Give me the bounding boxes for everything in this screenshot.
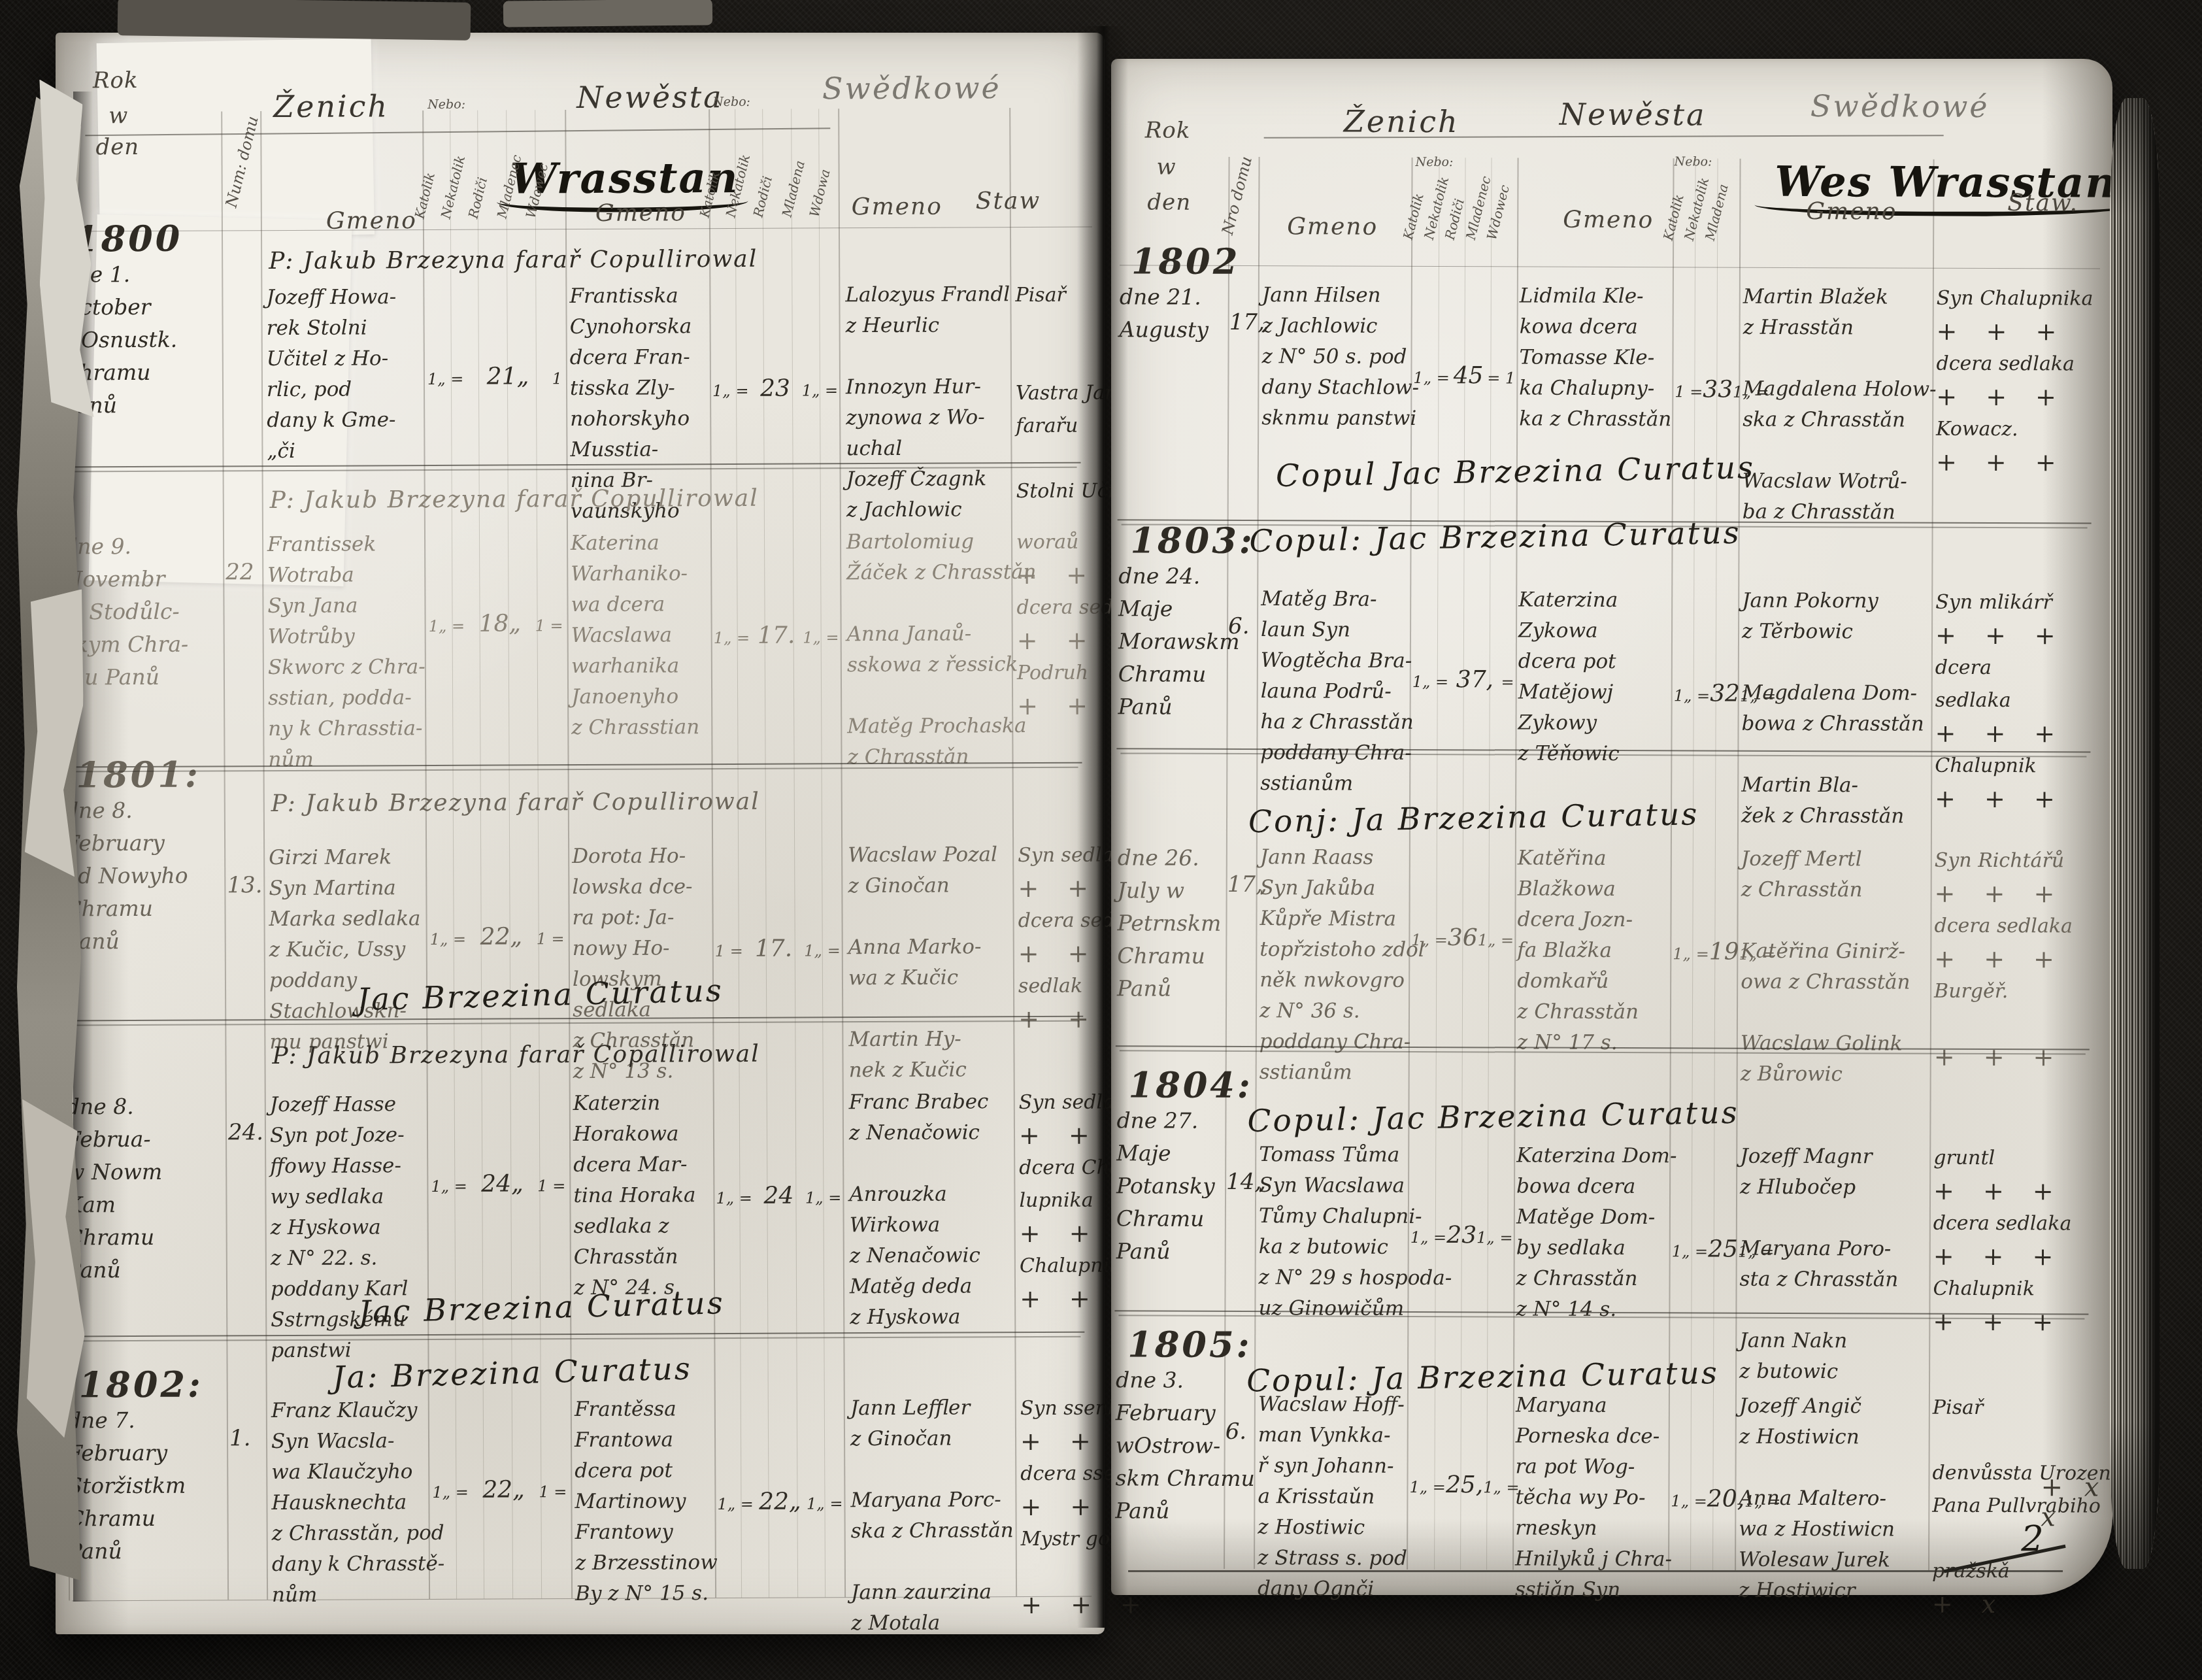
groom-age: 1„ =24„1 =: [431, 1170, 565, 1198]
paper-debris: [118, 0, 471, 41]
witnesses-line: Jann Leffler: [850, 1392, 1014, 1424]
groom-name-line: nům: [272, 1579, 427, 1611]
bride-name-line: sedlaka z: [574, 1211, 711, 1242]
bride-name-line: ka Chalupny-: [1519, 373, 1671, 405]
house-number: 22: [225, 559, 254, 585]
groom-name-line: launa Podrů-: [1261, 676, 1410, 707]
status-line: Kowacz.: [1936, 413, 2107, 446]
register-entry: 1802:Ja: Brzezina Curatusdne 7.FebruaryS…: [58, 1336, 1108, 1599]
witnesses: Martin Blažekz Hrasstǎn Magdalena Holow-…: [1743, 282, 1931, 528]
witnesses-line: owa z Chrasstǎn: [1741, 967, 1929, 998]
groom-name: Wacslaw Hoff-man Vynkka-ř syn Johann-a K…: [1258, 1389, 1407, 1605]
wedding-date-line: Panů: [1116, 1235, 1224, 1268]
priest-line: P: Jakub Brzezyna farař Copullirowal: [269, 246, 778, 275]
bride-age: 1„ =241„ =: [716, 1182, 841, 1209]
bride-name-line: Zykowy: [1518, 707, 1669, 739]
groom-name-line: Frantissek: [267, 529, 423, 560]
priest-signature: Copul: Jac Brzezina Curatus: [1247, 1095, 1739, 1139]
register-entry: 1801:P: Jakub Brzezyna farař Copullirowa…: [56, 767, 1106, 1025]
groom-age-ticks: 1„ =: [431, 1177, 467, 1196]
status-line: + + +: [1933, 1175, 2105, 1208]
bride-name-line: Maryana: [1516, 1390, 1667, 1421]
wedding-date-line: dne 3.: [1116, 1364, 1223, 1397]
witnesses-line: Wacslaw Wotrů-: [1743, 466, 1931, 497]
wedding-date: dne 26.July wPetrnskmChramuPanů: [1117, 841, 1225, 1005]
groom-name-line: Kůpře Mistra: [1259, 903, 1409, 935]
groom-age: 1„ =25,1„ =: [1409, 1471, 1511, 1499]
wedding-date-line: Chramu: [1117, 939, 1224, 973]
bride-name-line: tina Horaka: [573, 1180, 710, 1211]
bride-age: 1„ =20,1„ =: [1671, 1485, 1733, 1512]
bride-name-line: dcera pot: [1518, 646, 1670, 677]
groom-age-value: 37,: [1456, 666, 1493, 693]
groom-name: Franz KlaučzySyn Wacsla-wa KlaučzyhoHaus…: [271, 1395, 427, 1611]
status-line: pražskǎ: [1932, 1555, 2103, 1588]
bride-name-line: Martinowy: [575, 1486, 712, 1517]
bride-name-line: Katěřina: [1518, 843, 1669, 874]
groom-age-ticks: 1„ =: [432, 1483, 469, 1502]
bride-name-line: Janoenyho: [571, 681, 709, 713]
witnesses-line: z Ginočan: [848, 870, 1011, 901]
groom-age: 1„ =37,=: [1412, 666, 1514, 694]
bride-name-line: z Chrasstǎn: [1516, 1263, 1668, 1294]
bride-name-line: dcera Fran-: [570, 342, 707, 373]
wedding-date: dne 24.MajeMorawskmChramuPanů: [1118, 560, 1226, 724]
witnesses-line: zynowa z Wo-: [846, 402, 1009, 433]
house-number: 6.: [1226, 1419, 1247, 1445]
witnesses: Jozeff Angičz Hostiwicn Anna Maltero-wa …: [1739, 1391, 1927, 1607]
groom-age-value: 21„: [487, 363, 529, 390]
bride-age: 1„ =17.1„ =: [714, 622, 839, 649]
witnesses-line: Wirkowa: [850, 1209, 1013, 1241]
groom-age-ticks: 1„ =: [429, 617, 465, 635]
status-line: Syn Richtářů: [1935, 845, 2106, 878]
groom-age-ticks: = 1: [1487, 369, 1515, 387]
groom-name-line: Tomass Tůma: [1259, 1139, 1408, 1171]
groom-name-line: Franz Klaučzy: [271, 1395, 427, 1426]
groom-name: Jann Hilsenz Jachlowicz N° 50 s. poddany…: [1261, 280, 1411, 434]
bride-name-line: bowa dcera: [1516, 1171, 1668, 1202]
groom-name-line: Syn Martina: [269, 873, 424, 904]
groom-name-line: z Hostiwic: [1258, 1512, 1407, 1543]
groom-name-line: Wacslaw Hoff-: [1258, 1389, 1407, 1420]
witnesses-line: [846, 588, 1010, 619]
priest-signature: Copul: Jac Brzezina Curatus: [1249, 515, 1741, 560]
status-line: + + +: [1936, 380, 2107, 414]
witnesses-line: wa z Kučic: [848, 962, 1012, 994]
witnesses-line: Jann zaurzina: [851, 1577, 1014, 1608]
wedding-date-line: Chramu: [1118, 658, 1226, 691]
wedding-date: dne 27.MajePotanskyChramuPanů: [1116, 1104, 1224, 1268]
status-line: Chalupnik: [1933, 1273, 2104, 1306]
status-line: [1934, 1008, 2105, 1041]
year-label: 1804:: [1129, 1064, 1253, 1106]
witnesses-line: [1743, 435, 1931, 467]
bride-age: 1 =17.1„ =: [715, 935, 841, 962]
bride-name-line: Tomasse Kle-: [1519, 343, 1671, 374]
groom-name-line: Jozeff Hasse: [270, 1089, 425, 1120]
groom-age-value: 25,: [1446, 1471, 1483, 1498]
witnesses-line: [848, 901, 1011, 932]
year-label: 1802: [1131, 240, 1241, 282]
groom-name-line: z Hyskowa: [271, 1212, 426, 1243]
bride-name-line: Katerzina Dom-: [1516, 1140, 1668, 1171]
bride-age-ticks: 1„ =: [803, 628, 839, 647]
groom-name: FrantissekWotrabaSyn JanaWotrůbySkworc z…: [267, 529, 424, 775]
groom-age-ticks: 1„ =: [430, 930, 467, 949]
wedding-date: dne 3.FebruarywOstrow-skm ChramuPanů: [1115, 1364, 1223, 1528]
groom-name-line: Syn Jakůba: [1260, 873, 1409, 904]
groom-name-line: něk nwkovgro: [1259, 965, 1409, 996]
groom-age-ticks: 1„ =: [1410, 1228, 1447, 1247]
bride-name-line: Frantowa: [575, 1424, 712, 1456]
bride-name-line: domkařů: [1517, 966, 1669, 997]
bride-age: 1„ =251„ =: [1672, 1235, 1735, 1262]
bride-age: 1„ =321„ =: [1674, 680, 1737, 707]
groom-name-line: Syn Wacslawa: [1259, 1170, 1408, 1201]
wedding-date-line: Chramu: [1116, 1202, 1224, 1235]
groom-name-line: z N° 29 s hospoda-: [1259, 1262, 1408, 1294]
priest-line: P: Jakub Brzezyna farař Copullirowal: [270, 485, 780, 514]
groom-name-line: Syn Jana: [267, 590, 423, 622]
witnesses-line: [1742, 647, 1930, 679]
priest-signature: Conj: Ja Brzezina Curatus: [1248, 796, 1699, 840]
wedding-date-line: Maje: [1116, 1137, 1224, 1170]
year-label: 1802:: [79, 1364, 204, 1406]
groom-name-line: Jann Raass: [1260, 842, 1409, 873]
bride-name-line: nohorskyho: [570, 403, 707, 435]
witnesses-line: [1741, 998, 1929, 1029]
witnesses-line: sskowa z řessick: [847, 649, 1010, 680]
groom-age-ticks: 1 =: [535, 616, 563, 635]
groom-name-line: dany Stachlow-: [1261, 372, 1410, 403]
groom-age-ticks: 1„ =: [1478, 931, 1514, 949]
status-line: dcera sedlaka: [1934, 910, 2105, 943]
groom-name-line: z N° 22. s.: [271, 1243, 426, 1274]
register-entry: 1800P: Jakub Brzezyna farař Copullirowal…: [53, 243, 1103, 472]
bride-name-line: těcha wy Po-: [1515, 1482, 1667, 1513]
bride-age: 1„ =22„1„ =: [717, 1488, 842, 1515]
witnesses-line: Jozeff Mertl: [1741, 844, 1929, 875]
bride-age-ticks: 1„ =: [1674, 686, 1710, 705]
bride-age: 1„ =231„ =: [712, 375, 838, 402]
status-line: + + +: [1934, 943, 2105, 976]
bride-name: FrantěssaFrantowadcera potMartinowyFrant…: [575, 1394, 712, 1609]
priest-line: P: Jakub Brzezyna farař Copullirowal: [271, 788, 781, 817]
year-label: 1801:: [76, 754, 201, 796]
bride-age-ticks: 1„ =: [1672, 1242, 1709, 1260]
groom-age-ticks: 1„ =: [427, 370, 464, 388]
wedding-date-line: Potansky: [1116, 1169, 1224, 1203]
groom-name-line: sknmu panstwi: [1261, 403, 1410, 434]
bride-name-line: Katerzina: [1518, 584, 1670, 616]
groom-name-line: sstian, podda-: [268, 682, 424, 714]
witnesses-line: [851, 1546, 1014, 1577]
register-entry: 1805:Copul: Ja Brzezina Curatusdne 3.Feb…: [1109, 1315, 2110, 1570]
groom-name-line: dany k Gme-: [267, 405, 422, 436]
groom-name-line: Syn Wacsla-: [271, 1426, 427, 1457]
witnesses-line: Anrouzka: [849, 1179, 1012, 1210]
groom-age-ticks: =: [1501, 673, 1514, 691]
bride-name-line: lowska dce-: [572, 871, 709, 903]
witnesses-line: z Nenačowic: [850, 1240, 1013, 1271]
bride-name-line: Zykowa: [1518, 615, 1670, 647]
bride-name-line: Matěge Dom-: [1516, 1201, 1668, 1233]
witnesses-line: Matěg deda: [850, 1271, 1013, 1302]
witnesses-line: uchal: [846, 433, 1009, 464]
groom-name-line: laun Syn: [1261, 614, 1410, 646]
wedding-date-line: Augusty: [1120, 313, 1227, 346]
groom-name-line: Wotraba: [267, 560, 423, 591]
bride-name: KatěřinaBlažkowadcera Jozn-fa Blažkadomk…: [1517, 843, 1669, 1058]
groom-name-line: Wogtěcha Bra-: [1261, 645, 1410, 677]
witnesses-line: sta z Chrasstǎn: [1740, 1264, 1928, 1296]
groom-age-value: 22„: [480, 923, 523, 950]
witnesses: Franc Brabecz Nenačowic AnrouzkaWirkowaz…: [849, 1086, 1014, 1333]
bride-name: MaryanaPorneska dce-ra pot Wog-těcha wy …: [1515, 1390, 1667, 1605]
groom-name-line: Jann Hilsen: [1262, 280, 1411, 311]
groom-age-value: 23: [1446, 1222, 1476, 1249]
bride-age-ticks: 1„ =: [717, 1495, 754, 1513]
bride-name-line: Frantowy: [575, 1517, 712, 1548]
status-line: [1933, 1424, 2104, 1458]
bride-age-value: 33: [1703, 376, 1733, 403]
wedding-date-line: Petrnskm: [1117, 907, 1224, 940]
groom-name-line: rlic, pod: [267, 374, 422, 405]
groom-age: 1„ =231„ =: [1410, 1222, 1512, 1249]
groom-name-line: z Jachlowic: [1262, 311, 1411, 342]
groom-age-value: 36: [1448, 924, 1478, 951]
bride-name-line: Blažkowa: [1518, 873, 1669, 905]
register-entry: Conj: Ja Brzezina Curatusdne 26.July wPe…: [1110, 753, 2113, 1054]
witnesses-line: z Hostiwicr: [1739, 1575, 1927, 1607]
groom-age: 1„ =21„1: [427, 363, 562, 390]
wedding-date-line: July w: [1118, 874, 1225, 907]
status-line: Syn mlikárř: [1935, 586, 2107, 620]
bride-name-line: Matějowj: [1518, 677, 1670, 708]
groom-name-line: Skworc z Chra-: [268, 652, 424, 683]
corner-cross-marks: + x x: [2041, 1472, 2110, 1532]
bride-name: KaterinaWarhaniko-wa dceraWacslawawarhan…: [571, 528, 709, 743]
register-entry: 1803:Copul: Jac Brzezina Curatusdne 24.M…: [1111, 524, 2113, 756]
witnesses-line: Magdalena Holow-: [1743, 374, 1931, 405]
status-line: + + +: [1935, 717, 2106, 750]
witnesses-line: [1743, 343, 1931, 375]
witnesses-line: Matěg Prochaska: [847, 711, 1010, 742]
bride-name-line: dcera Jozn-: [1517, 904, 1669, 935]
bride-name-line: By z N° 15 s.: [575, 1578, 712, 1609]
witnesses-line: [1740, 1203, 1928, 1234]
bride-name-line: Lidmila Kle-: [1520, 281, 1671, 312]
groom-name-line: z Chrasstǎn, pod: [272, 1518, 427, 1549]
status: Syn Chalupnika+ + +dcera sedlaka+ + +Kow…: [1936, 282, 2108, 479]
bride-age-ticks: 1„ =: [804, 941, 841, 960]
status: gruntl+ + +dcera sedlaka+ + +Chalupnik+ …: [1933, 1142, 2105, 1339]
wedding-date-line: Panů: [1117, 972, 1224, 1005]
register-entry: 1804:Copul: Jac Brzezina Curatusdne 27.M…: [1109, 1050, 2111, 1315]
groom-name: Jozeff Howa-rek StolniUčitel z Ho-rlic, …: [266, 282, 422, 467]
priest-line: P: Jakub Brzezyna farař Copallirowal: [272, 1041, 782, 1069]
witnesses-line: Jozeff Angič: [1739, 1391, 1927, 1422]
groom-age-ticks: 1 =: [537, 1177, 565, 1195]
register-entry: 1802dne 21.Augusty17„Jann Hilsenz Jachlo…: [1112, 217, 2114, 501]
bride-age-value: 32: [1710, 680, 1740, 707]
groom-age-ticks: 1„ =: [1409, 1478, 1446, 1496]
bride-name-line: tisska Zly-: [570, 373, 707, 404]
bride-age-ticks: 1„ =: [807, 1494, 843, 1513]
groom-age-ticks: 1„ =: [1411, 931, 1448, 949]
right-page: Rok w den Nro domu Ženich Newěsta Swědko…: [1111, 59, 2112, 1595]
bride-name-line: z Brzesstinow: [575, 1547, 712, 1579]
groom-name-line: z Strass s. pod: [1258, 1543, 1407, 1574]
witnesses-line: z Hrasstǎn: [1743, 312, 1931, 344]
house-number: 6.: [1228, 613, 1250, 639]
witnesses-line: [850, 1454, 1014, 1485]
bride-name-line: ra pot: Ja-: [572, 902, 709, 933]
bride-name-line: dcera Mar-: [573, 1149, 710, 1181]
left-page: Rok w den Num: domu Ženich Newěsta Swědk…: [56, 33, 1105, 1634]
book-gutter: [1077, 26, 1128, 1628]
status-line: + + +: [1937, 315, 2108, 348]
bride-name-line: Dorota Ho-: [572, 841, 709, 872]
house-number: 1.: [229, 1425, 251, 1451]
witnesses-line: Katěřina Ginirž-: [1741, 936, 1929, 967]
bride-name-line: Hnilyků j Chra-: [1515, 1543, 1667, 1575]
bride-name-line: wa dcera: [571, 589, 708, 620]
priest-signature: Copul Jac Brzezina Curatus: [1275, 450, 1755, 494]
groom-name-line: Syn pot Joze-: [270, 1120, 425, 1151]
bride-name: KaterzinHorakowadcera Mar-tina Horakased…: [573, 1088, 711, 1303]
witnesses-line: Maryana Porc-: [850, 1485, 1014, 1516]
groom-name-line: dany k Chrasstě-: [272, 1549, 427, 1580]
bride-age-value: 17.: [758, 622, 795, 649]
bride-age-ticks: 1„ =: [805, 1188, 842, 1207]
status-line: dcera sedlaka: [1933, 1207, 2105, 1241]
witnesses: BartolomiugŽáček z Chrasstǎn Anna Janaů-…: [846, 526, 1011, 773]
groom-age: 1„ =18„1 =: [429, 610, 563, 637]
groom-name-line: z N° 36 s.: [1259, 996, 1409, 1027]
bride-age: 1„ =191„ =: [1673, 938, 1735, 965]
entries-right: 1802dne 21.Augusty17„Jann Hilsenz Jachlo…: [1109, 57, 2115, 1596]
groom-name-line: Girzi Marek: [269, 842, 424, 873]
groom-name-line: wy sedlaka: [270, 1181, 425, 1213]
groom-name-line: rek Stolni: [267, 312, 422, 344]
status-line: Syn Chalupnika: [1937, 282, 2108, 316]
groom-name-line: ffowy Hasse-: [270, 1151, 425, 1182]
witnesses: Jann Lefflerz Ginočan Maryana Porc-ska z…: [850, 1392, 1015, 1639]
groom-age-ticks: 1„ =: [1483, 1478, 1520, 1496]
paper-debris: [503, 0, 712, 27]
wedding-date-line: Panů: [1118, 690, 1226, 724]
bride-name-line: ka z Chrasstǎn: [1519, 404, 1671, 435]
bride-age: 1 =331„ =: [1675, 376, 1737, 403]
witnesses-line: z Heurlic: [846, 310, 1009, 341]
groom-age-value: 18„: [478, 610, 521, 637]
groom-age-value: 24„: [481, 1170, 524, 1197]
witnesses-line: Lalozyus Frandl: [845, 279, 1009, 311]
groom-name-line: man Vynkka-: [1258, 1420, 1407, 1451]
bride-age-ticks: 1„ =: [714, 629, 750, 647]
bride-age-value: 25: [1708, 1236, 1738, 1263]
witnesses-line: z Hostiwicn: [1739, 1422, 1927, 1453]
groom-age-ticks: 1 =: [539, 1483, 567, 1501]
witnesses-line: Anna Maltero-: [1739, 1483, 1927, 1515]
bride-age-ticks: 1„ =: [716, 1189, 752, 1207]
bride-name-line: Cynohorska: [570, 311, 707, 343]
witnesses-line: [849, 1148, 1012, 1179]
witnesses-line: Žáček z Chrasstǎn: [846, 557, 1010, 588]
bride-name-line: dcera pot: [575, 1455, 712, 1487]
bride-name-line: kowa dcera: [1520, 312, 1671, 343]
witnesses-line: Jann Pokorny: [1742, 586, 1930, 617]
groom-name-line: Učitel z Ho-: [267, 343, 422, 375]
witnesses-line: [1741, 905, 1929, 937]
witnesses-line: Innozyn Hur-: [846, 371, 1009, 403]
groom-age: 1„ =361„ =: [1411, 924, 1513, 952]
witnesses-line: ska z Chrasstǎn: [851, 1515, 1014, 1547]
groom-name-line: a Krisstaǔn: [1258, 1481, 1407, 1513]
bride-name-line: by sedlaka: [1516, 1232, 1668, 1264]
witnesses-line: Anna Janaů-: [847, 618, 1010, 650]
groom-age-value: 45: [1454, 362, 1484, 389]
groom-age-ticks: 1: [552, 369, 562, 388]
year-label: 1803:: [1130, 519, 1254, 562]
bride-name-line: Katerina: [571, 528, 708, 559]
house-number: 13.: [227, 872, 262, 898]
witnesses-line: Maryana Poro-: [1740, 1234, 1928, 1265]
bride-name-line: sstiǎn Syn: [1515, 1574, 1667, 1605]
witnesses-line: z Motala: [851, 1607, 1014, 1639]
groom-age-ticks: 1 =: [537, 930, 565, 948]
groom-name-line: Marka sedlaka: [269, 903, 424, 935]
bride-age-ticks: 1„ =: [1673, 945, 1709, 963]
witnesses-line: z Ginočan: [850, 1423, 1014, 1454]
witnesses-line: Bartolomiug: [846, 526, 1010, 558]
groom-age-ticks: 1„ =: [1413, 369, 1450, 387]
groom-name-line: Jozeff Howa-: [266, 282, 422, 313]
bride-age-ticks: 1 =: [715, 942, 743, 960]
bride-name-line: Porneska dce-: [1516, 1420, 1667, 1452]
wedding-date-line: dne 21.: [1120, 280, 1227, 314]
groom-name-line: wa Klaučzyho: [271, 1456, 427, 1488]
wedding-date-line: dne 24.: [1118, 560, 1226, 593]
groom-age: 1„ =22„1 =: [432, 1476, 567, 1504]
witnesses-line: z Nenačowic: [849, 1117, 1012, 1149]
bride-name: KaterzinaZykowadcera potMatějowjZykowyz …: [1518, 584, 1670, 769]
witnesses-line: ska z Chrasstǎn: [1743, 405, 1931, 436]
bride-name-line: z Chrasstǎn: [1517, 996, 1669, 1028]
bride-name-line: Frantěssa: [575, 1394, 712, 1425]
witnesses-line: [847, 680, 1010, 711]
groom-name-line: „či: [267, 435, 422, 467]
status-line: + + +: [1935, 619, 2107, 652]
witnesses-line: Jozeff Magnr: [1740, 1141, 1928, 1173]
groom-name-line: ka z butowic: [1259, 1232, 1408, 1263]
bride-name-line: Horakowa: [573, 1118, 710, 1150]
groom-name: Tomass TůmaSyn WacslawaTůmy Chalupni-ka …: [1258, 1139, 1408, 1324]
witnesses-line: z Chrasstǎn: [1741, 875, 1929, 906]
witnesses-line: Martin Blažek: [1743, 282, 1931, 313]
witnesses-line: z Hyskowa: [850, 1302, 1013, 1333]
bride-name-line: Chrasstǎn: [574, 1241, 711, 1273]
wedding-date-line: February: [1116, 1396, 1223, 1430]
witnesses-line: z Hlubočep: [1740, 1172, 1928, 1203]
groom-age-ticks: 1„ =: [1476, 1228, 1513, 1247]
witnesses-line: [846, 341, 1009, 372]
bride-age-value: 17.: [755, 935, 792, 962]
bride-age-ticks: 1„ =: [712, 382, 749, 400]
status-line: gruntl: [1933, 1142, 2105, 1175]
